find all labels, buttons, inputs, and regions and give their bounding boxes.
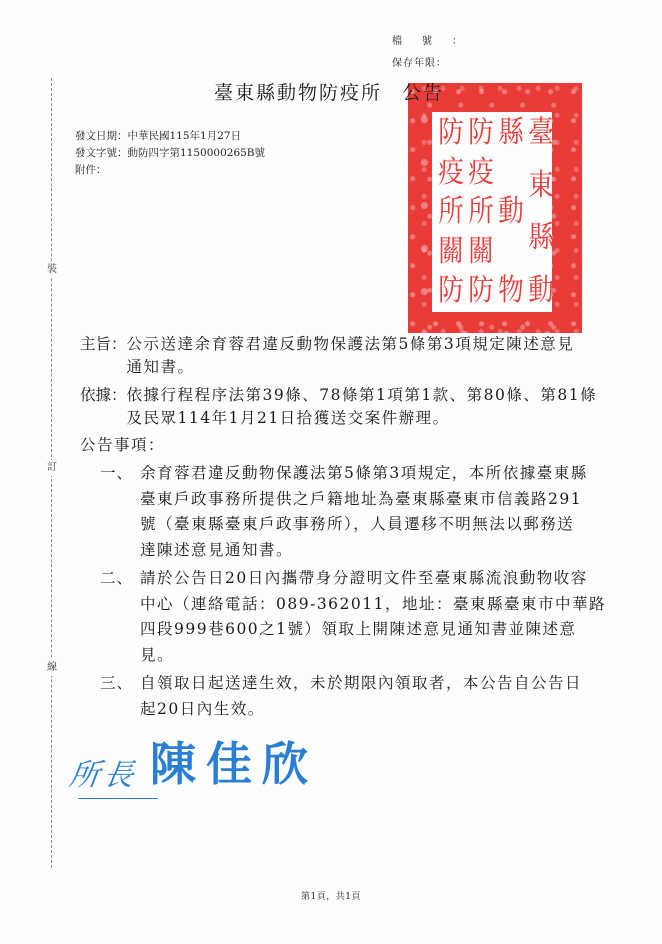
- text-line: 及民眾114年1月21日拾獲送交案件辦理。: [127, 407, 640, 430]
- binding-mark-xian: 線: [44, 660, 60, 676]
- signature-underline: [78, 798, 158, 799]
- seal-char: 防: [468, 276, 494, 306]
- item-number: 三、: [100, 671, 140, 722]
- subject-label: 主旨：: [80, 333, 127, 379]
- basis-label: 依據：: [80, 384, 127, 430]
- meta-colon: ：: [117, 147, 128, 159]
- issue-date-value: 中華民國115年1月27日: [128, 130, 242, 142]
- text-line: 中心（連絡電話：089-362011，地址：臺東縣臺東市中華路: [140, 592, 640, 618]
- archive-number-label: 檔號: [392, 32, 452, 47]
- archive-number: 檔號：: [392, 32, 463, 47]
- director-signature-stamp: 所長陳佳欣: [70, 728, 318, 794]
- issue-date-row: 發文日期：中華民國115年1月27日: [75, 128, 265, 145]
- text-line: 見。: [140, 643, 640, 669]
- document-type: 公告: [402, 78, 444, 105]
- subject-text: 公示送達余育蓉君違反動物保護法第5條第3項規定陳述意見 通知書。: [127, 333, 640, 379]
- seal-char: 所: [438, 197, 464, 227]
- binding-mark-ding: 訂: [44, 460, 60, 476]
- archive-colon: ：: [452, 36, 463, 47]
- subject-section: 主旨： 公示送達余育蓉君違反動物保護法第5條第3項規定陳述意見 通知書。: [80, 333, 640, 379]
- archive-retention: 保存年限：: [392, 54, 447, 69]
- reference-number-row: 發文字號：動防四字第1150000265B號: [75, 145, 265, 162]
- page-number: 第1頁，共1頁: [0, 889, 662, 902]
- seal-char: 疫: [438, 158, 464, 188]
- item-text: 余育蓉君違反動物保護法第5條第3項規定，本所依據臺東縣 臺東戶政事務所提供之戶籍…: [140, 461, 640, 563]
- announcement-item-2: 二、 請於公告日20日內攜帶身分證明文件至臺東縣流浪動物收容 中心（連絡電話：0…: [100, 566, 640, 668]
- archive-retention-label: 保存年限: [392, 54, 436, 69]
- document-meta: 發文日期：中華民國115年1月27日 發文字號：動防四字第1150000265B…: [75, 128, 265, 179]
- agency-name: 臺東縣動物防疫所: [214, 82, 382, 104]
- document-page: 裝 訂 線 檔號： 保存年限： 臺 東 縣 動 縣 動 物 防 疫 所 關: [0, 0, 662, 944]
- item-text: 請於公告日20日內攜帶身分證明文件至臺東縣流浪動物收容 中心（連絡電話：089-…: [140, 566, 640, 668]
- signature-name: 陳佳欣: [150, 728, 318, 794]
- text-line: 達陳述意見通知書。: [140, 538, 640, 564]
- seal-char: 縣: [498, 118, 524, 148]
- item-text: 自領取日起送達生效，未於期限內領取者，本公告自公告日 起20日內生效。: [140, 671, 640, 722]
- announcement-item-3: 三、 自領取日起送達生效，未於期限內領取者，本公告自公告日 起20日內生效。: [100, 671, 640, 722]
- seal-column-2: 縣 動 物: [498, 118, 524, 306]
- text-line: 公示送達余育蓉君違反動物保護法第5條第3項規定陳述意見: [127, 333, 640, 356]
- text-line: 請於公告日20日內攜帶身分證明文件至臺東縣流浪動物收容: [140, 566, 640, 592]
- announcement-item-1: 一、 余育蓉君違反動物保護法第5條第3項規定，本所依據臺東縣 臺東戶政事務所提供…: [100, 461, 640, 563]
- issue-date-label: 發文日期: [75, 130, 117, 142]
- text-line: 通知書。: [127, 356, 640, 379]
- attachment-row: 附件：: [75, 162, 265, 179]
- document-body: 主旨： 公示送達余育蓉君違反動物保護法第5條第3項規定陳述意見 通知書。 依據：…: [80, 333, 640, 722]
- basis-text: 依據行程程序法第39條、78條第1項第1款、第80條、第81條 及民眾114年1…: [127, 384, 640, 430]
- archive-colon: ：: [436, 58, 447, 69]
- signature-title: 所長: [67, 750, 141, 794]
- seal-column-1: 臺 東 縣 動: [528, 118, 554, 306]
- seal-inner: 臺 東 縣 動 縣 動 物 防 疫 所 關 防 防 疫 所 關: [432, 112, 552, 312]
- meta-colon: ：: [117, 130, 128, 142]
- attachment-label: 附件: [75, 164, 96, 176]
- seal-char: 臺: [528, 118, 554, 148]
- seal-char: 防: [438, 276, 464, 306]
- official-seal: 臺 東 縣 動 縣 動 物 防 疫 所 關 防 防 疫 所 關: [408, 83, 582, 333]
- text-line: 依據行程程序法第39條、78條第1項第1款、第80條、第81條: [127, 384, 640, 407]
- reference-number-label: 發文字號: [75, 147, 117, 159]
- seal-char: 疫: [468, 158, 494, 188]
- reference-number-value: 動防四字第1150000265B號: [128, 147, 266, 159]
- meta-colon: ：: [96, 164, 107, 176]
- seal-column-3: 防 疫 所 關 防: [468, 118, 494, 306]
- text-line: 自領取日起送達生效，未於期限內領取者，本公告自公告日: [140, 671, 640, 697]
- binding-mark-zhuang: 裝: [44, 262, 60, 278]
- text-line: 四段999巷600之1號）領取上開陳述意見通知書並陳述意: [140, 617, 640, 643]
- item-number: 二、: [100, 566, 140, 668]
- seal-column-4: 防 疫 所 關 防: [438, 118, 464, 306]
- text-line: 余育蓉君違反動物保護法第5條第3項規定，本所依據臺東縣: [140, 461, 640, 487]
- text-line: 臺東戶政事務所提供之戶籍地址為臺東縣臺東市信義路291: [140, 487, 640, 513]
- text-line: 號（臺東縣臺東戶政事務所），人員遷移不明無法以郵務送: [140, 512, 640, 538]
- seal-char: 東: [528, 171, 554, 201]
- text-line: 起20日內生效。: [140, 697, 640, 723]
- seal-char: 所: [468, 197, 494, 227]
- seal-char: 動: [528, 276, 554, 306]
- seal-char: 物: [498, 276, 524, 306]
- item-number: 一、: [100, 461, 140, 563]
- seal-char: 關: [438, 237, 464, 267]
- seal-char: 防: [468, 118, 494, 148]
- seal-char: 關: [468, 237, 494, 267]
- seal-char: 動: [498, 197, 524, 227]
- announcement-items-heading: 公告事項：: [80, 433, 640, 458]
- document-title: 臺東縣動物防疫所公告: [214, 78, 444, 105]
- seal-char: 縣: [528, 223, 554, 253]
- basis-section: 依據： 依據行程程序法第39條、78條第1項第1款、第80條、第81條 及民眾1…: [80, 384, 640, 430]
- seal-char: 防: [438, 118, 464, 148]
